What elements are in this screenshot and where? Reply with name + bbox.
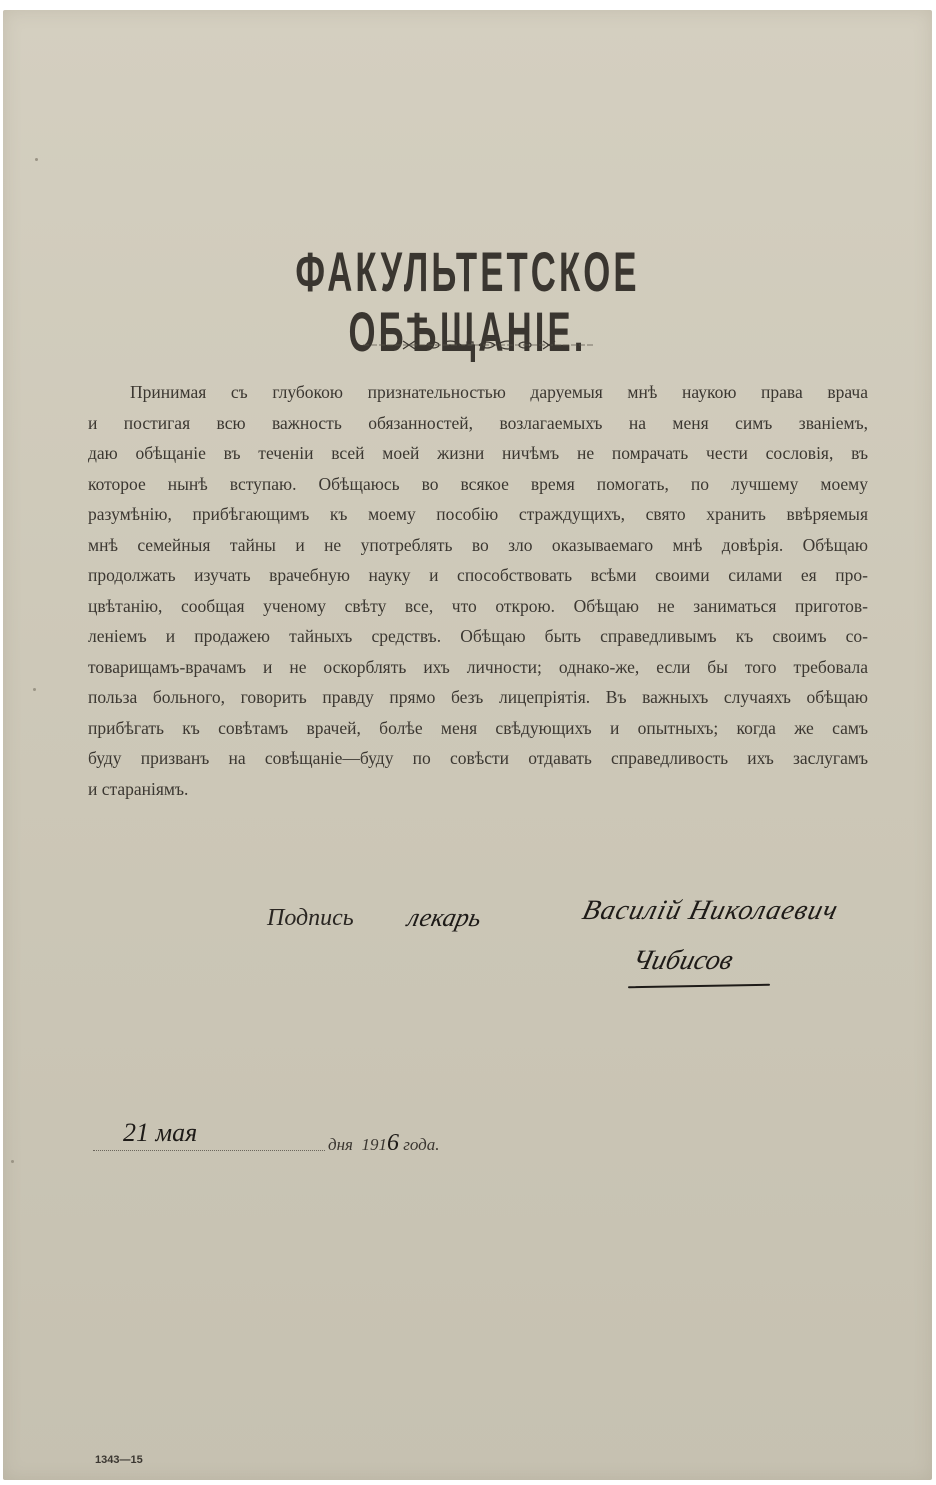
oath-line: даю обѣщаніе въ теченіи всей моей жизни …	[88, 438, 868, 469]
oath-line: цвѣтанію, сообщая ученому свѣту все, что…	[88, 591, 868, 622]
printed-date-suffix: дня 1916 года.	[328, 1130, 439, 1157]
oath-line: продолжать изучать врачебную науку и спо…	[88, 560, 868, 591]
handwritten-surname: Чибисов	[629, 945, 736, 977]
year-prefix: 191	[361, 1135, 387, 1154]
handwritten-name-line1: Василій Николаевич	[579, 895, 842, 927]
oath-line: которое нынѣ вступаю. Обѣщаюсь во всякое…	[88, 469, 868, 500]
handwritten-title: лекарь	[405, 903, 484, 933]
signature-underline	[628, 984, 770, 988]
handwritten-year-digit: 6	[387, 1130, 399, 1156]
paper-speck	[11, 1160, 14, 1163]
form-number: 1343—15	[95, 1454, 143, 1466]
date-line: 21 мая дня 1916 года.	[93, 1118, 473, 1158]
day-word: дня	[328, 1135, 353, 1154]
oath-line: и постигая всю важность обязанностей, во…	[88, 408, 868, 439]
oath-line: и стараніямъ.	[88, 774, 868, 805]
handwritten-date: 21 мая	[123, 1118, 197, 1148]
oath-line: прибѣгать къ совѣтамъ врачей, болѣе меня…	[88, 713, 868, 744]
oath-line: разумѣнію, прибѣгающимъ къ моему пособію…	[88, 499, 868, 530]
oath-text: Принимая съ глубокою признательностью да…	[88, 377, 868, 804]
paper-speck	[33, 688, 36, 691]
paper-speck	[35, 158, 38, 161]
signature-label: Подпись	[267, 905, 354, 932]
ornament-divider-icon	[363, 339, 595, 351]
oath-line: леніемъ и продажею тайныхъ средствъ. Обѣ…	[88, 621, 868, 652]
oath-line: Принимая съ глубокою признательностью да…	[88, 377, 868, 408]
oath-line: буду призванъ на совѣщаніе—буду по совѣс…	[88, 743, 868, 774]
oath-line: товарищамъ-врачамъ и не оскорблять ихъ л…	[88, 652, 868, 683]
document-paper: ФАКУЛЬТЕТСКОЕ ОБѢЩАНІЕ. Принимая съ глуб…	[3, 10, 932, 1480]
oath-line: польза больного, говорить правду прямо б…	[88, 682, 868, 713]
dotted-fill-line	[93, 1150, 325, 1151]
year-word: года.	[403, 1135, 439, 1154]
oath-line: мнѣ семейныя тайны и не употреблять во з…	[88, 530, 868, 561]
